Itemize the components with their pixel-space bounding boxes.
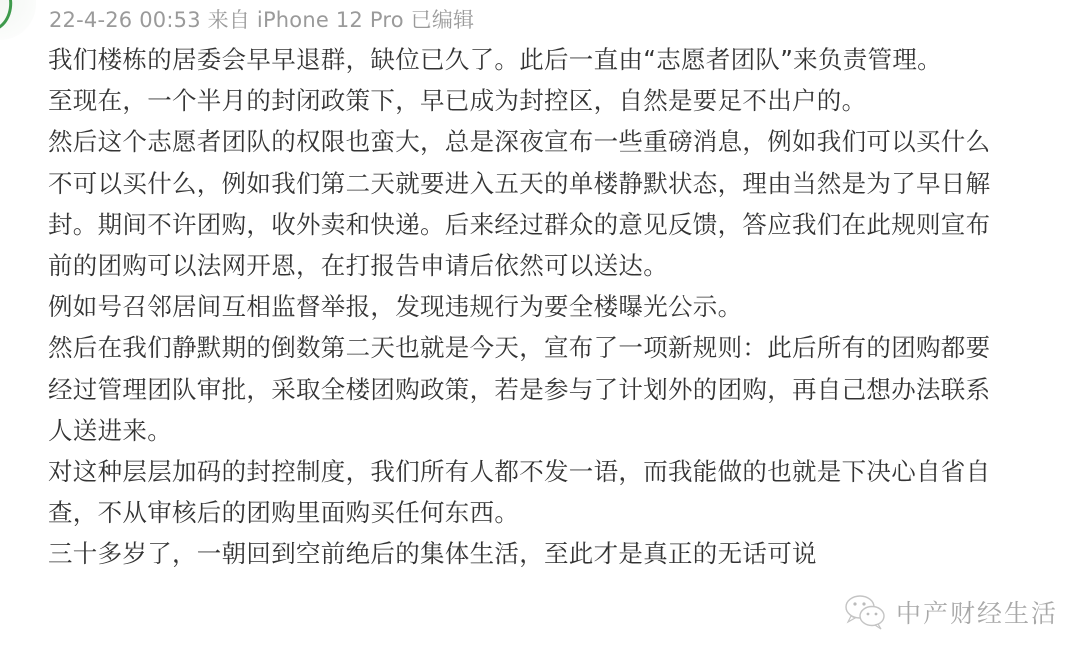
post-line: 不可以买什么，例如我们第二天就要进入五天的单楼静默状态，理由当然是为了早日解 [48, 163, 1078, 204]
post-line: 然后在我们静默期的倒数第二天也就是今天，宣布了一项新规则：此后所有的团购都要 [48, 327, 1078, 368]
post-line: 前的团购可以法网开恩，在打报告申请后依然可以送达。 [48, 245, 1078, 286]
post-line: 然后这个志愿者团队的权限也蛮大，总是深夜宣布一些重磅消息，例如我们可以买什么 [48, 121, 1078, 162]
post-line: 例如号召邻居间互相监督举报，发现违规行为要全楼曝光公示。 [48, 286, 1078, 327]
post-line: 我们楼栋的居委会早早退群，缺位已久了。此后一直由“志愿者团队”来负责管理。 [48, 39, 1078, 80]
wechat-icon [842, 592, 888, 632]
watermark: 中产财经生活 [838, 590, 1064, 634]
post-line: 至现在，一个半月的封闭政策下，早已成为封控区，自然是要足不出户的。 [48, 80, 1078, 121]
post-line: 对这种层层加码的封控制度，我们所有人都不发一语，而我能做的也就是下决心自省自 [48, 451, 1078, 492]
post-line: 三十多岁了，一朝回到空前绝后的集体生活，至此才是真正的无话可说 [48, 533, 1078, 574]
watermark-text: 中产财经生活 [896, 594, 1058, 630]
post-line: 经过管理团队审批，采取全楼团购政策，若是参与了计划外的团购，再自己想办法联系 [48, 369, 1078, 410]
post-body: 我们楼栋的居委会早早退群，缺位已久了。此后一直由“志愿者团队”来负责管理。 至现… [48, 39, 1078, 574]
post-line: 查，不从审核后的团购里面购买任何东西。 [48, 492, 1078, 533]
post-meta: 22-4-26 00:53 来自 iPhone 12 Pro 已编辑 [49, 6, 474, 34]
post-line: 封。期间不许团购，收外卖和快递。后来经过群众的意见反馈，答应我们在此规则宣布 [48, 204, 1078, 245]
post-line: 人送进来。 [48, 410, 1078, 451]
